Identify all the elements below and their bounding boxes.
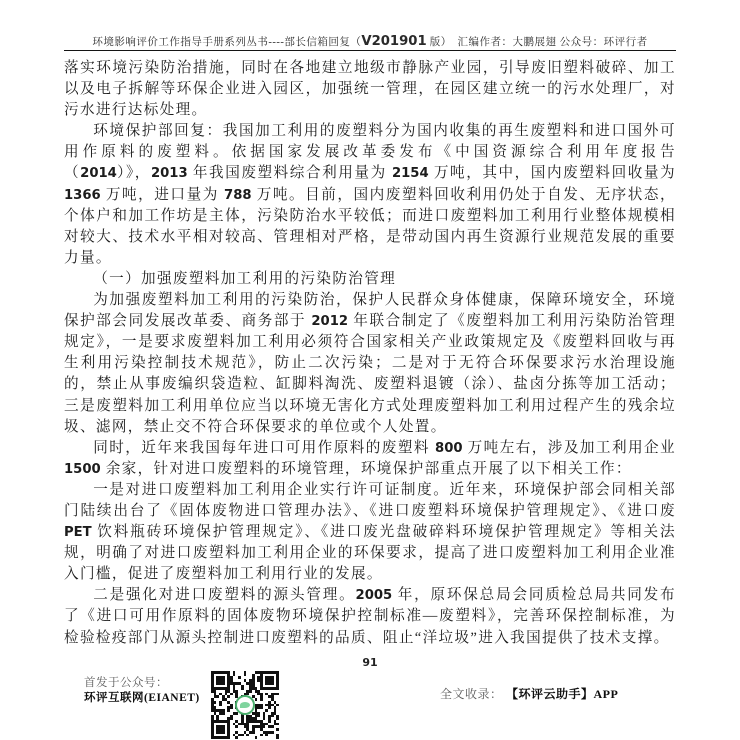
qr-center-logo-icon bbox=[235, 695, 255, 715]
header-divider bbox=[64, 50, 676, 51]
paragraph: 落实环境污染防治措施，同时在各地建立地级市静脉产业园，引导废旧塑料破碎、加工以及… bbox=[64, 58, 676, 121]
footer-collection: 全文收录： 【环评云助手】APP bbox=[440, 685, 618, 702]
section-heading: （一）加强废塑料加工利用的污染防治管理 bbox=[64, 269, 676, 290]
paragraph: 环境保护部回复：我国加工利用的废塑料分为国内收集的再生废塑料和进口国外可用作原料… bbox=[64, 121, 676, 269]
footer-collection-label: 全文收录： bbox=[440, 687, 503, 701]
paragraph: 为加强废塑料加工利用的污染防治，保护人民群众身体健康，保障环境安全，环境保护部会… bbox=[64, 290, 676, 438]
paragraph: 二是强化对进口废塑料的源头管理。2005 年，原环保总局会同质检总局共同发布了《… bbox=[64, 585, 676, 648]
body-text: 落实环境污染防治措施，同时在各地建立地级市静脉产业园，引导废旧塑料破碎、加工以及… bbox=[64, 58, 676, 649]
qr-code-icon bbox=[211, 671, 279, 739]
document-page: 环境影响评价工作指导手册系列丛书----部长信箱回复（V201901 版） 汇编… bbox=[0, 0, 740, 740]
footer-publisher-label: 首发于公众号： bbox=[84, 676, 200, 691]
paragraph: 同时，近年来我国每年进口可用作原料的废塑料 800 万吨左右，涉及加工利用企业 … bbox=[64, 438, 676, 480]
footer-publisher: 首发于公众号： 环评互联网(EIANET) bbox=[84, 676, 200, 706]
page-number: 91 bbox=[0, 656, 740, 669]
page-header-title: 环境影响评价工作指导手册系列丛书----部长信箱回复（V201901 版） 汇编… bbox=[64, 34, 676, 49]
footer-collection-name: 【环评云助手】APP bbox=[506, 687, 618, 701]
footer-publisher-name: 环评互联网(EIANET) bbox=[84, 691, 200, 706]
paragraph: 一是对进口废塑料加工利用企业实行许可证制度。近年来，环境保护部会同相关部门陆续出… bbox=[64, 480, 676, 585]
